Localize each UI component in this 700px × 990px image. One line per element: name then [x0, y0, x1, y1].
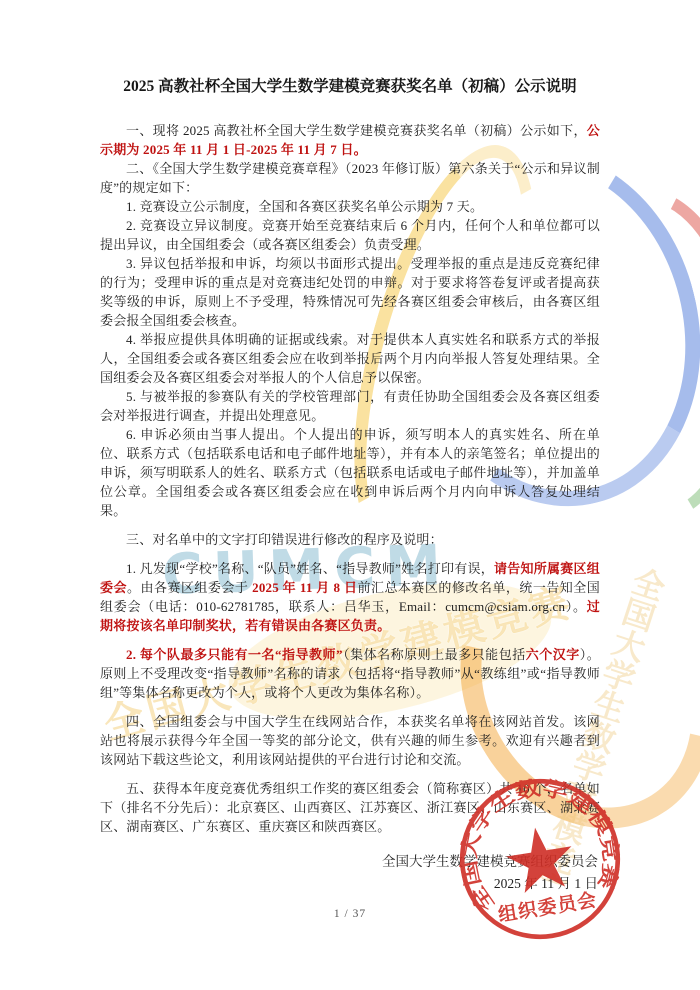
signature-block: 全国大学生数学建模竞赛组织委员会 2025 年 11 月 1 日 — [100, 851, 600, 895]
paragraph-4: 四、全国组委会与中国大学生在线网站合作，本获奖名单将在该网站首发。该网站也将展示… — [100, 712, 600, 769]
paragraph-3-item-2: 2. 每个队最多只能有一名“指导教师”（集体名称原则上最多只能包括六个汉字）。原… — [100, 645, 600, 702]
paragraph-5: 五、获得本年度竞赛优秀组织工作奖的赛区组委会（简称赛区）共 10 个，名单如下（… — [100, 779, 600, 836]
document-page: CUMCM 全国大学生数学建模竞赛 全国大学生数学建模竞赛 2025 高教社杯全… — [0, 0, 700, 990]
paragraph-2-item-5: 5. 与被举报的参赛队有关的学校管理部门，有责任协助全国组委会及各赛区组委会对举… — [100, 387, 600, 425]
paragraph-2-item-6: 6. 申诉必须由当事人提出。个人提出的申诉，须写明本人的真实姓名、所在单位、联系… — [100, 425, 600, 520]
signature-organization: 全国大学生数学建模竞赛组织委员会 — [100, 851, 600, 873]
paragraph-2-item-4: 4. 举报应提供具体明确的证据或线索。对于提供本人真实姓名和联系方式的举报人，全… — [100, 330, 600, 387]
paragraph-3-heading: 三、对名单中的文字打印错误进行修改的程序及说明： — [100, 530, 600, 549]
paragraph-1: 一、现将 2025 高教社杯全国大学生数学建模竞赛获奖名单（初稿）公示如下，公示… — [100, 121, 600, 159]
paragraph-2-item-1: 1. 竞赛设立公示制度，全国和各赛区获奖名单公示期为 7 天。 — [100, 197, 600, 216]
paragraph-3-item-1: 1. 凡发现“学校”名称、“队员”姓名、“指导教师”姓名打印有误，请告知所属赛区… — [100, 559, 600, 635]
page-title: 2025 高教社杯全国大学生数学建模竞赛获奖名单（初稿）公示说明 — [100, 76, 600, 97]
paragraph-2-intro: 二、《全国大学生数学建模竞赛章程》（2023 年修订版）第六条关于“公示和异议制… — [100, 159, 600, 197]
document-body: 2025 高教社杯全国大学生数学建模竞赛获奖名单（初稿）公示说明 一、现将 20… — [0, 0, 700, 895]
page-number: 1 / 37 — [0, 908, 700, 920]
signature-date: 2025 年 11 月 1 日 — [100, 873, 600, 895]
paragraph-2-item-2: 2. 竞赛设立异议制度。竞赛开始至竞赛结束后 6 个月内，任何个人和单位都可以提… — [100, 216, 600, 254]
paragraph-2-item-3: 3. 异议包括举报和申诉，均须以书面形式提出。受理举报的重点是违反竞赛纪律的行为… — [100, 254, 600, 330]
